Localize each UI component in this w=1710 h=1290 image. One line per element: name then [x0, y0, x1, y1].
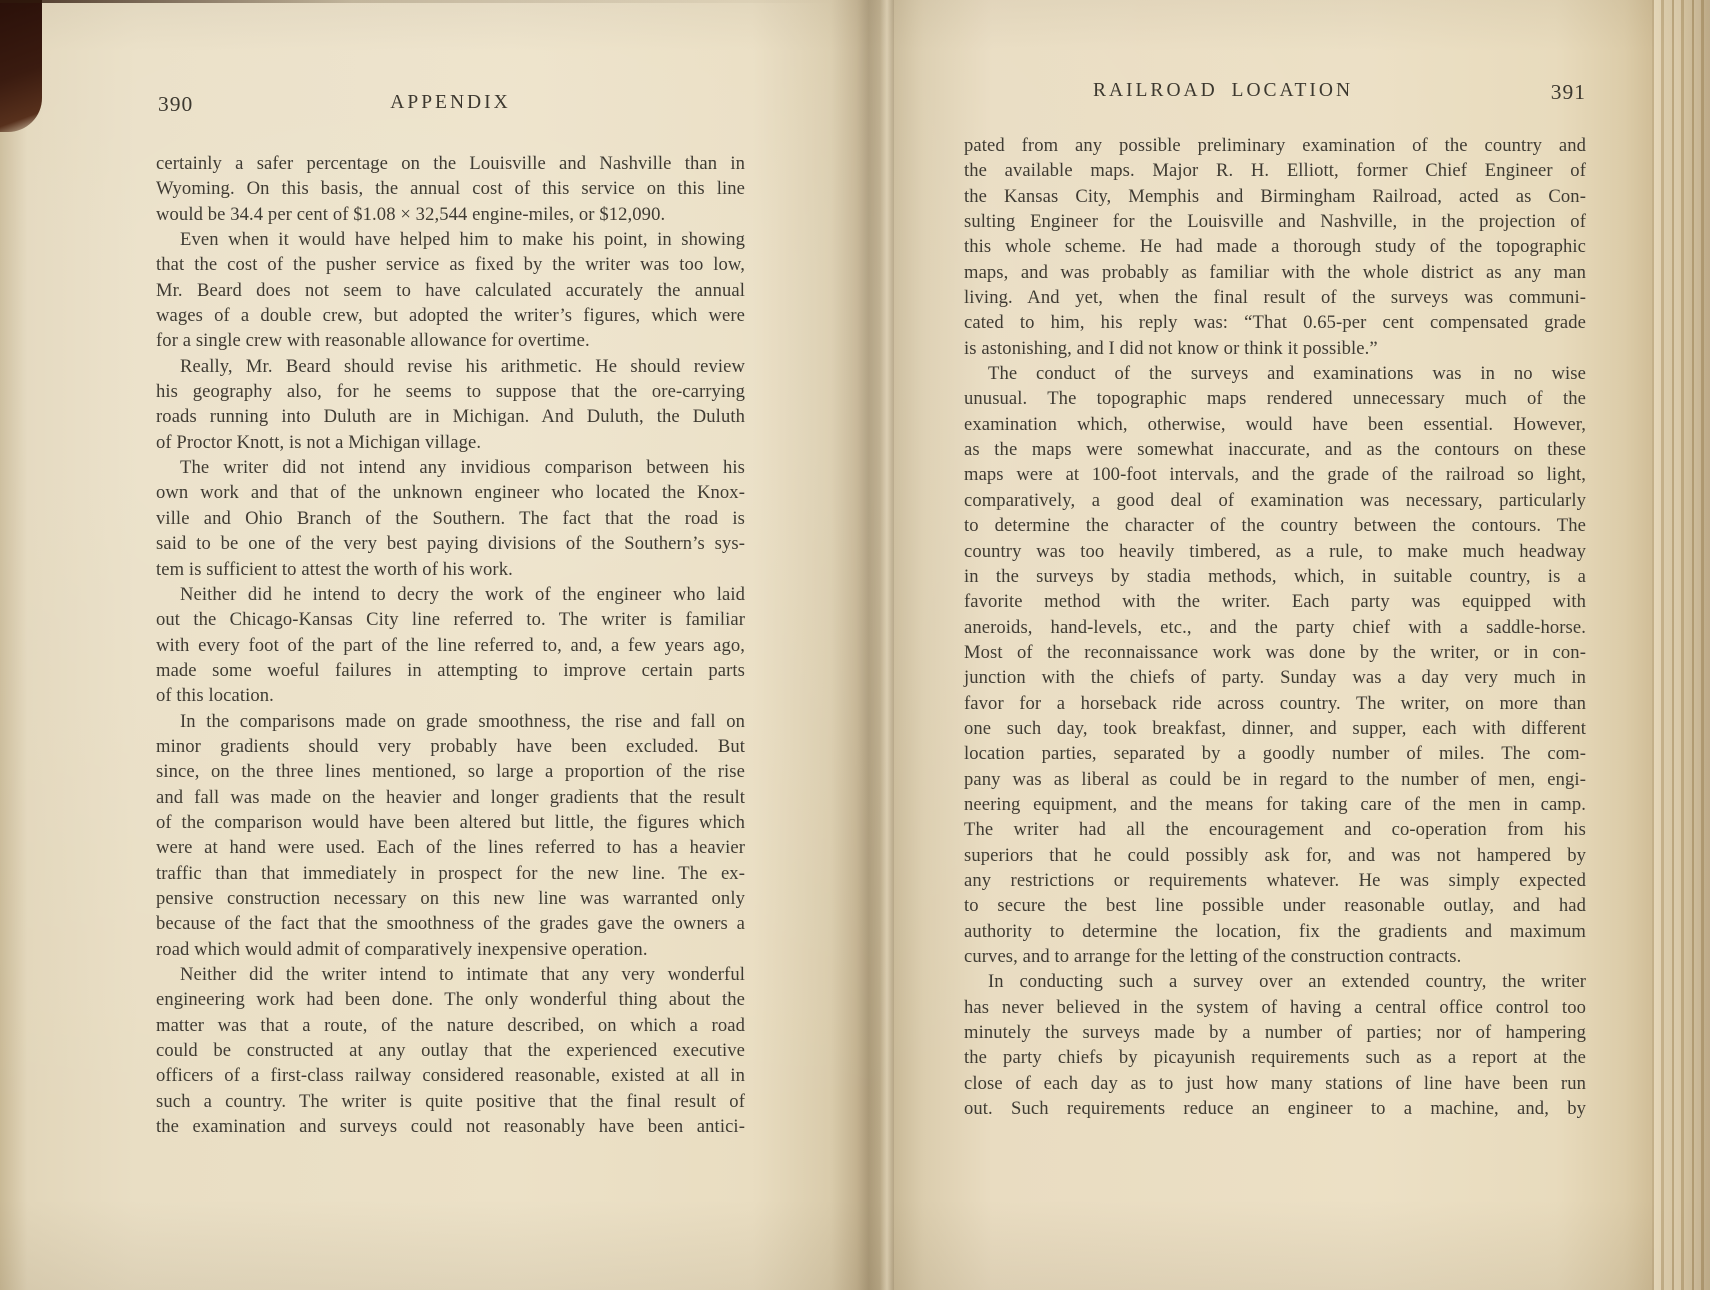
text-line: out. Such requirements reduce an enginee… — [964, 1096, 1586, 1121]
text-line: the Kansas City, Memphis and Birmingham … — [964, 184, 1586, 209]
text-line: matter was that a route, of the nature d… — [156, 1013, 745, 1038]
left-page-header: 390 APPENDIX — [156, 92, 745, 119]
text-line: since, on the three lines mentioned, so … — [156, 759, 745, 784]
text-line: his geography also, for he seems to supp… — [156, 379, 745, 404]
text-line: Neither did the writer intend to intimat… — [156, 962, 745, 987]
text-line: aneroids, hand-levels, etc., and the par… — [964, 615, 1586, 640]
right-page-header: RAILROAD LOCATION 391 — [964, 80, 1586, 107]
text-line: cated to him, his reply was: “That 0.65-… — [964, 310, 1586, 335]
text-line: engineering work had been done. The only… — [156, 987, 745, 1012]
text-line: Really, Mr. Beard should revise his arit… — [156, 354, 745, 379]
text-line: such a country. The writer is quite posi… — [156, 1089, 745, 1114]
cover-corner — [0, 0, 42, 132]
text-line: comparatively, a good deal of examinatio… — [964, 488, 1586, 513]
text-line: would be 34.4 per cent of $1.08 × 32,544… — [156, 202, 745, 227]
text-line: maps were at 100-foot intervals, and the… — [964, 462, 1586, 487]
text-line: In the comparisons made on grade smoothn… — [156, 709, 745, 734]
text-line: Most of the reconnaissance work was done… — [964, 640, 1586, 665]
text-line: to secure the best line possible under r… — [964, 893, 1586, 918]
text-line: could be constructed at any outlay that … — [156, 1038, 745, 1063]
text-line: favor for a horseback ride across countr… — [964, 691, 1586, 716]
text-line: and fall was made on the heavier and lon… — [156, 785, 745, 810]
right-page-text: pated from any possible preliminary exam… — [964, 133, 1586, 1121]
text-line: unusual. The topographic maps rendered u… — [964, 386, 1586, 411]
text-line: of the comparison would have been altere… — [156, 810, 745, 835]
text-line: this whole scheme. He had made a thoroug… — [964, 234, 1586, 259]
text-line: country was too heavily timbered, as a r… — [964, 539, 1586, 564]
left-page: 390 APPENDIX certainly a safer percentag… — [156, 92, 745, 1139]
text-line: certainly a safer percentage on the Loui… — [156, 151, 745, 176]
text-line: officers of a first-class railway consid… — [156, 1063, 745, 1088]
text-line: were at hand were used. Each of the line… — [156, 835, 745, 860]
text-line: location parties, separated by a goodly … — [964, 741, 1586, 766]
text-line: Mr. Beard does not seem to have calculat… — [156, 278, 745, 303]
text-line: the available maps. Major R. H. Elliott,… — [964, 158, 1586, 183]
text-line: curves, and to arrange for the letting o… — [964, 944, 1586, 969]
text-line: of this location. — [156, 683, 745, 708]
text-line: junction with the chiefs of party. Sunda… — [964, 665, 1586, 690]
text-line: minor gradients should very probably hav… — [156, 734, 745, 759]
text-line: The writer did not intend any invidious … — [156, 455, 745, 480]
text-line: favorite method with the writer. Each pa… — [964, 589, 1586, 614]
text-line: in the surveys by stadia methods, which,… — [964, 564, 1586, 589]
text-line: has never believed in the system of havi… — [964, 995, 1586, 1020]
left-page-number: 390 — [158, 92, 193, 117]
text-line: In conducting such a survey over an exte… — [964, 969, 1586, 994]
text-line: examination which, otherwise, would have… — [964, 412, 1586, 437]
text-line: to determine the character of the countr… — [964, 513, 1586, 538]
text-line: out the Chicago-Kansas City line referre… — [156, 607, 745, 632]
text-line: one such day, took breakfast, dinner, an… — [964, 716, 1586, 741]
right-page: RAILROAD LOCATION 391 pated from any pos… — [964, 80, 1586, 1121]
text-line: superiors that he could possibly ask for… — [964, 843, 1586, 868]
right-page-number: 391 — [1551, 80, 1586, 105]
text-line: living. And yet, when the final result o… — [964, 285, 1586, 310]
text-line: roads running into Duluth are in Michiga… — [156, 404, 745, 429]
right-running-head: RAILROAD LOCATION — [912, 80, 1534, 102]
text-line: of Proctor Knott, is not a Michigan vill… — [156, 430, 745, 455]
text-line: authority to determine the location, fix… — [964, 919, 1586, 944]
text-line: own work and that of the unknown enginee… — [156, 480, 745, 505]
text-line: ville and Ohio Branch of the Southern. T… — [156, 506, 745, 531]
text-line: made some woeful failures in attempting … — [156, 658, 745, 683]
top-edge-shadow — [0, 0, 880, 3]
text-line: Even when it would have helped him to ma… — [156, 227, 745, 252]
text-line: Wyoming. On this basis, the annual cost … — [156, 176, 745, 201]
text-line: neering equipment, and the means for tak… — [964, 792, 1586, 817]
text-line: minutely the surveys made by a number of… — [964, 1020, 1586, 1045]
text-line: The conduct of the surveys and examinati… — [964, 361, 1586, 386]
text-line: tem is sufficient to attest the worth of… — [156, 557, 745, 582]
text-line: because of the fact that the smoothness … — [156, 911, 745, 936]
text-line: pated from any possible preliminary exam… — [964, 133, 1586, 158]
text-line: The writer had all the encouragement and… — [964, 817, 1586, 842]
text-line: is astonishing, and I did not know or th… — [964, 336, 1586, 361]
text-line: the examination and surveys could not re… — [156, 1114, 745, 1139]
text-line: that the cost of the pusher service as f… — [156, 252, 745, 277]
page-stack-edge — [1652, 0, 1710, 1290]
text-line: wages of a double crew, but adopted the … — [156, 303, 745, 328]
left-page-text: certainly a safer percentage on the Loui… — [156, 151, 745, 1139]
text-line: road which would admit of comparatively … — [156, 937, 745, 962]
text-line: with every foot of the part of the line … — [156, 633, 745, 658]
text-line: sulting Engineer for the Louisville and … — [964, 209, 1586, 234]
left-running-head: APPENDIX — [156, 92, 745, 114]
text-line: traffic than that immediately in prospec… — [156, 861, 745, 886]
page-gutter-crease — [880, 0, 894, 1290]
text-line: pany was as liberal as could be in regar… — [964, 767, 1586, 792]
text-line: for a single crew with reasonable allowa… — [156, 328, 745, 353]
text-line: as the maps were somewhat inaccurate, an… — [964, 437, 1586, 462]
book-spread: 390 APPENDIX certainly a safer percentag… — [0, 0, 1710, 1290]
text-line: Neither did he intend to decry the work … — [156, 582, 745, 607]
text-line: pensive construction necessary on this n… — [156, 886, 745, 911]
text-line: any restrictions or requirements whateve… — [964, 868, 1586, 893]
text-line: said to be one of the very best paying d… — [156, 531, 745, 556]
text-line: maps, and was probably as familiar with … — [964, 260, 1586, 285]
text-line: the party chiefs by picayunish requireme… — [964, 1045, 1586, 1070]
text-line: close of each day as to just how many st… — [964, 1071, 1586, 1096]
